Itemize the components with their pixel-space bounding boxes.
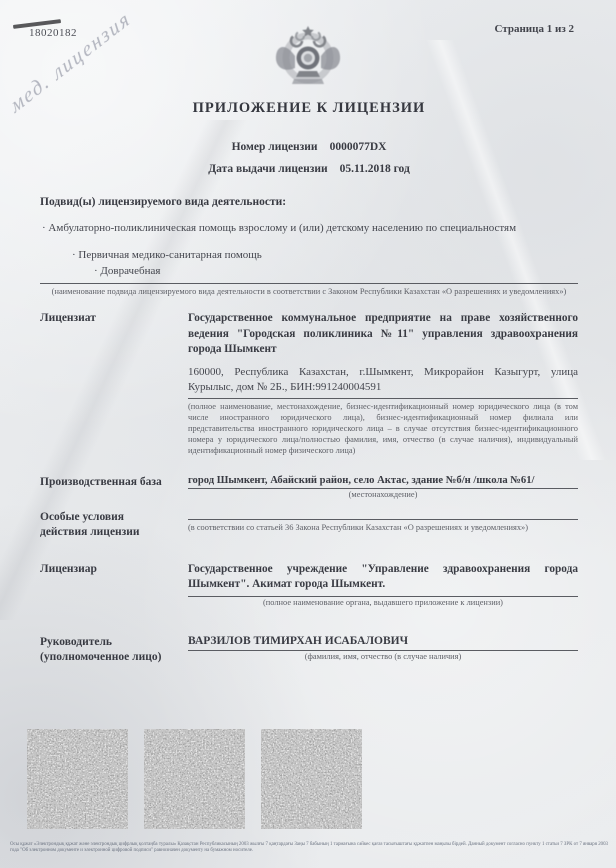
head-section: Руководитель (уполномоченное лицо) ВАРЗИ… <box>40 635 578 665</box>
document-title: ПРИЛОЖЕНИЕ К ЛИЦЕНЗИИ <box>40 100 578 117</box>
special-conditions-caption: (в соответствии со статьей 36 Закона Рес… <box>188 522 578 533</box>
licensor-name: Государственное учреждение "Управление з… <box>188 562 578 593</box>
license-date-label: Дата выдачи лицензии <box>208 163 327 175</box>
qr-barcode-3 <box>261 729 362 829</box>
production-base-value: город Шымкент, Абайский район, село Акта… <box>188 475 578 489</box>
production-base-section: Производственная база город Шымкент, Аба… <box>40 475 578 500</box>
licensor-caption: (полное наименование органа, выдавшего п… <box>188 597 578 608</box>
production-base-caption: (местонахождение) <box>188 489 578 500</box>
licensee-label: Лицензиат <box>40 311 188 456</box>
document-body: ПРИЛОЖЕНИЕ К ЛИЦЕНЗИИ Номер лицензии 000… <box>40 0 578 665</box>
license-date-row: Дата выдачи лицензии 05.11.2018 год <box>40 163 578 175</box>
license-number-row: Номер лицензии 0000077DX <box>40 141 578 153</box>
license-number-value: 0000077DX <box>330 141 387 153</box>
legal-footnote: Осы құжат «Электрондық құжат және электр… <box>10 842 608 854</box>
barcode-row <box>27 729 362 829</box>
subtypes-heading: Подвид(ы) лицензируемого вида деятельнос… <box>40 196 578 208</box>
special-conditions-label: Особые условия действия лицензии <box>40 510 188 540</box>
licensee-address: 160000, Республика Казахстан, г.Шымкент,… <box>188 365 578 395</box>
special-conditions-section: Особые условия действия лицензии (в соот… <box>40 510 578 540</box>
head-label: Руководитель (уполномоченное лицо) <box>40 635 188 665</box>
head-caption: (фамилия, имя, отчество (в случае наличи… <box>188 651 578 662</box>
licensee-caption: (полное наименование, местонахождение, б… <box>188 401 578 456</box>
licensor-label: Лицензиар <box>40 562 188 608</box>
subtype-item: · Амбулаторно-поликлиническая помощь взр… <box>42 222 578 234</box>
blank-line <box>188 510 578 520</box>
production-base-label: Производственная база <box>40 475 188 500</box>
divider-line <box>40 283 578 284</box>
divider-line <box>188 398 578 399</box>
qr-barcode-1 <box>27 729 128 829</box>
head-name: ВАРЗИЛОВ ТИМИРХАН ИСАБАЛОВИЧ <box>188 635 578 651</box>
licensee-section: Лицензиат Государственное коммунальное п… <box>40 311 578 456</box>
license-date-value: 05.11.2018 год <box>340 163 410 175</box>
license-number-label: Номер лицензии <box>232 141 318 153</box>
licensor-section: Лицензиар Государственное учреждение "Уп… <box>40 562 578 608</box>
scanned-license-page: 18020182 Страница 1 из 2 мед. лицензия П… <box>0 0 616 868</box>
subtypes-caption: (наименование подвида лицензируемого вид… <box>49 286 569 297</box>
licensee-name: Государственное коммунальное предприятие… <box>188 311 578 358</box>
subtype-item: · Доврачебная <box>94 265 578 277</box>
qr-barcode-2 <box>144 729 245 829</box>
subtype-item: · Первичная медико-санитарная помощь <box>72 249 578 261</box>
